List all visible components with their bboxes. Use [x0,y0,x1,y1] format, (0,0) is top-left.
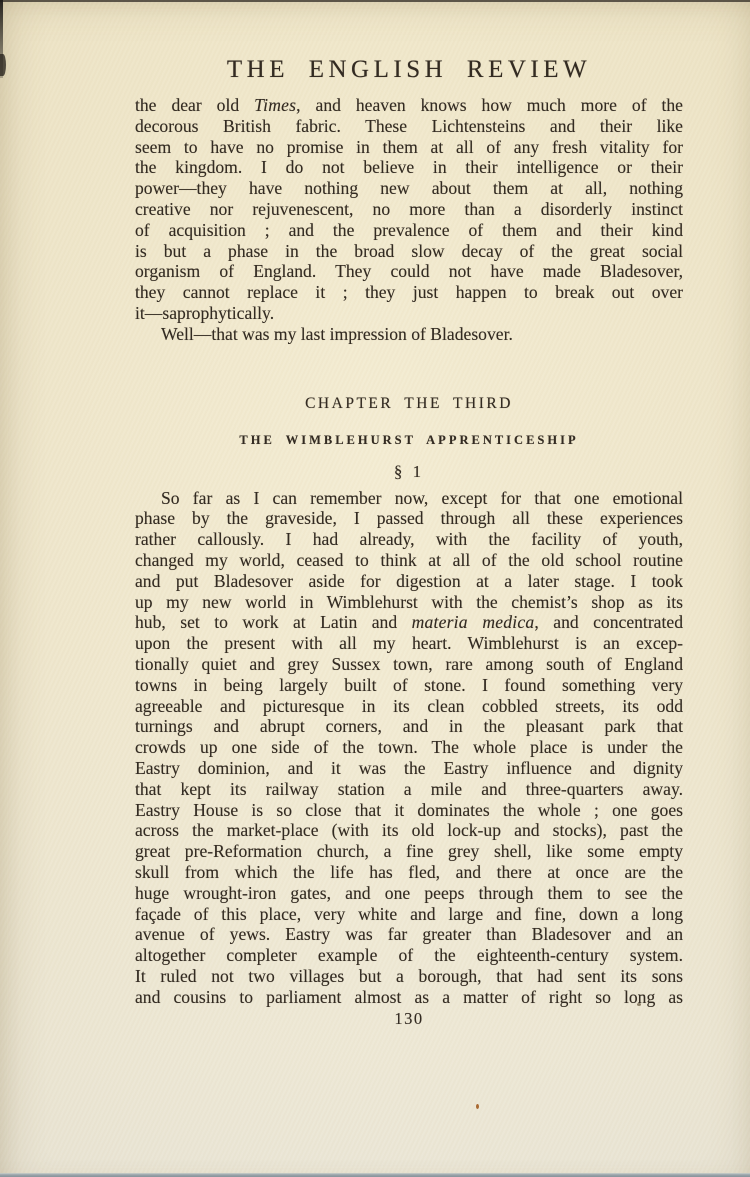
text-line: crowds up one side of the town. The whol… [135,737,683,758]
text-line: they cannot replace it ; they just happe… [135,282,683,303]
scan-bottom-edge [0,1173,750,1177]
text-line: skull from which the life has fled, and … [135,862,683,883]
text-line: turnings and abrupt corners, and in the … [135,716,683,737]
text-line: phase by the graveside, I passed through… [135,508,683,529]
text-line: agreeable and picturesque in its clean c… [135,696,683,717]
text-line: great pre-Reformation church, a fine gre… [135,841,683,862]
paper-speck [476,1104,479,1109]
page-number: 130 [135,1008,683,1030]
text-line: changed my world, ceased to think at all… [135,550,683,571]
text-line: upon the present with all my heart. Wimb… [135,633,683,654]
paragraph-block-wimblehurst: So far as I can remember now, except for… [135,488,683,1008]
chapter-heading: CHAPTER THE THIRD [135,395,683,412]
section-marker: § 1 [135,462,683,481]
text-line: façade of this place, very white and lar… [135,904,683,925]
text-line: of acquisition ; and the prevalence of t… [135,220,683,241]
text-line: across the market-place (with its old lo… [135,820,683,841]
text-line: altogether completer example of the eigh… [135,945,683,966]
text-line: and put Bladesover aside for digestion a… [135,571,683,592]
text-line: the dear old Times, and heaven knows how… [135,95,683,116]
text-line: Eastry dominion, and it was the Eastry i… [135,758,683,779]
text-line: So far as I can remember now, except for… [135,488,683,509]
text-line: that kept its railway station a mile and… [135,779,683,800]
text-line: organism of England. They could not have… [135,261,683,282]
ink-speck [637,1003,641,1006]
text-line: the kingdom. I do not believe in their i… [135,157,683,178]
text-line: up my new world in Wimblehurst with the … [135,592,683,613]
paragraph-block-bladesover: the dear old Times, and heaven knows how… [135,95,683,345]
text-line: power—they have nothing new about them a… [135,178,683,199]
text-line: Well—that was my last impression of Blad… [135,324,683,345]
scanned-book-page: THE ENGLISH REVIEW the dear old Times, a… [0,0,750,1177]
text-line: and cousins to parliament almost as a ma… [135,987,683,1008]
text-line: creative nor rejuvenescent, no more than… [135,199,683,220]
text-line: towns in being largely built of stone. I… [135,675,683,696]
text-line: It ruled not two villages but a borough,… [135,966,683,987]
text-line: huge wrought-iron gates, and one peeps t… [135,883,683,904]
text-line: it—saprophytically. [135,303,683,324]
text-line: avenue of yews. Eastry was far greater t… [135,924,683,945]
page-content: THE ENGLISH REVIEW the dear old Times, a… [135,0,683,1030]
text-line: hub, set to work at Latin and materia me… [135,612,683,633]
text-line: decorous British fabric. These Lichtenst… [135,116,683,137]
journal-title: THE ENGLISH REVIEW [135,55,683,85]
text-line: Eastry House is so close that it dominat… [135,800,683,821]
text-line: rather callously. I had already, with th… [135,529,683,550]
text-line: tionally quiet and grey Sussex town, rar… [135,654,683,675]
scan-corner-blob [0,54,6,76]
text-line: seem to have no promise in them at all o… [135,137,683,158]
chapter-subheading: THE WIMBLEHURST APPRENTICESHIP [135,433,683,447]
scan-top-edge [0,0,750,2]
text-line: is but a phase in the broad slow decay o… [135,241,683,262]
